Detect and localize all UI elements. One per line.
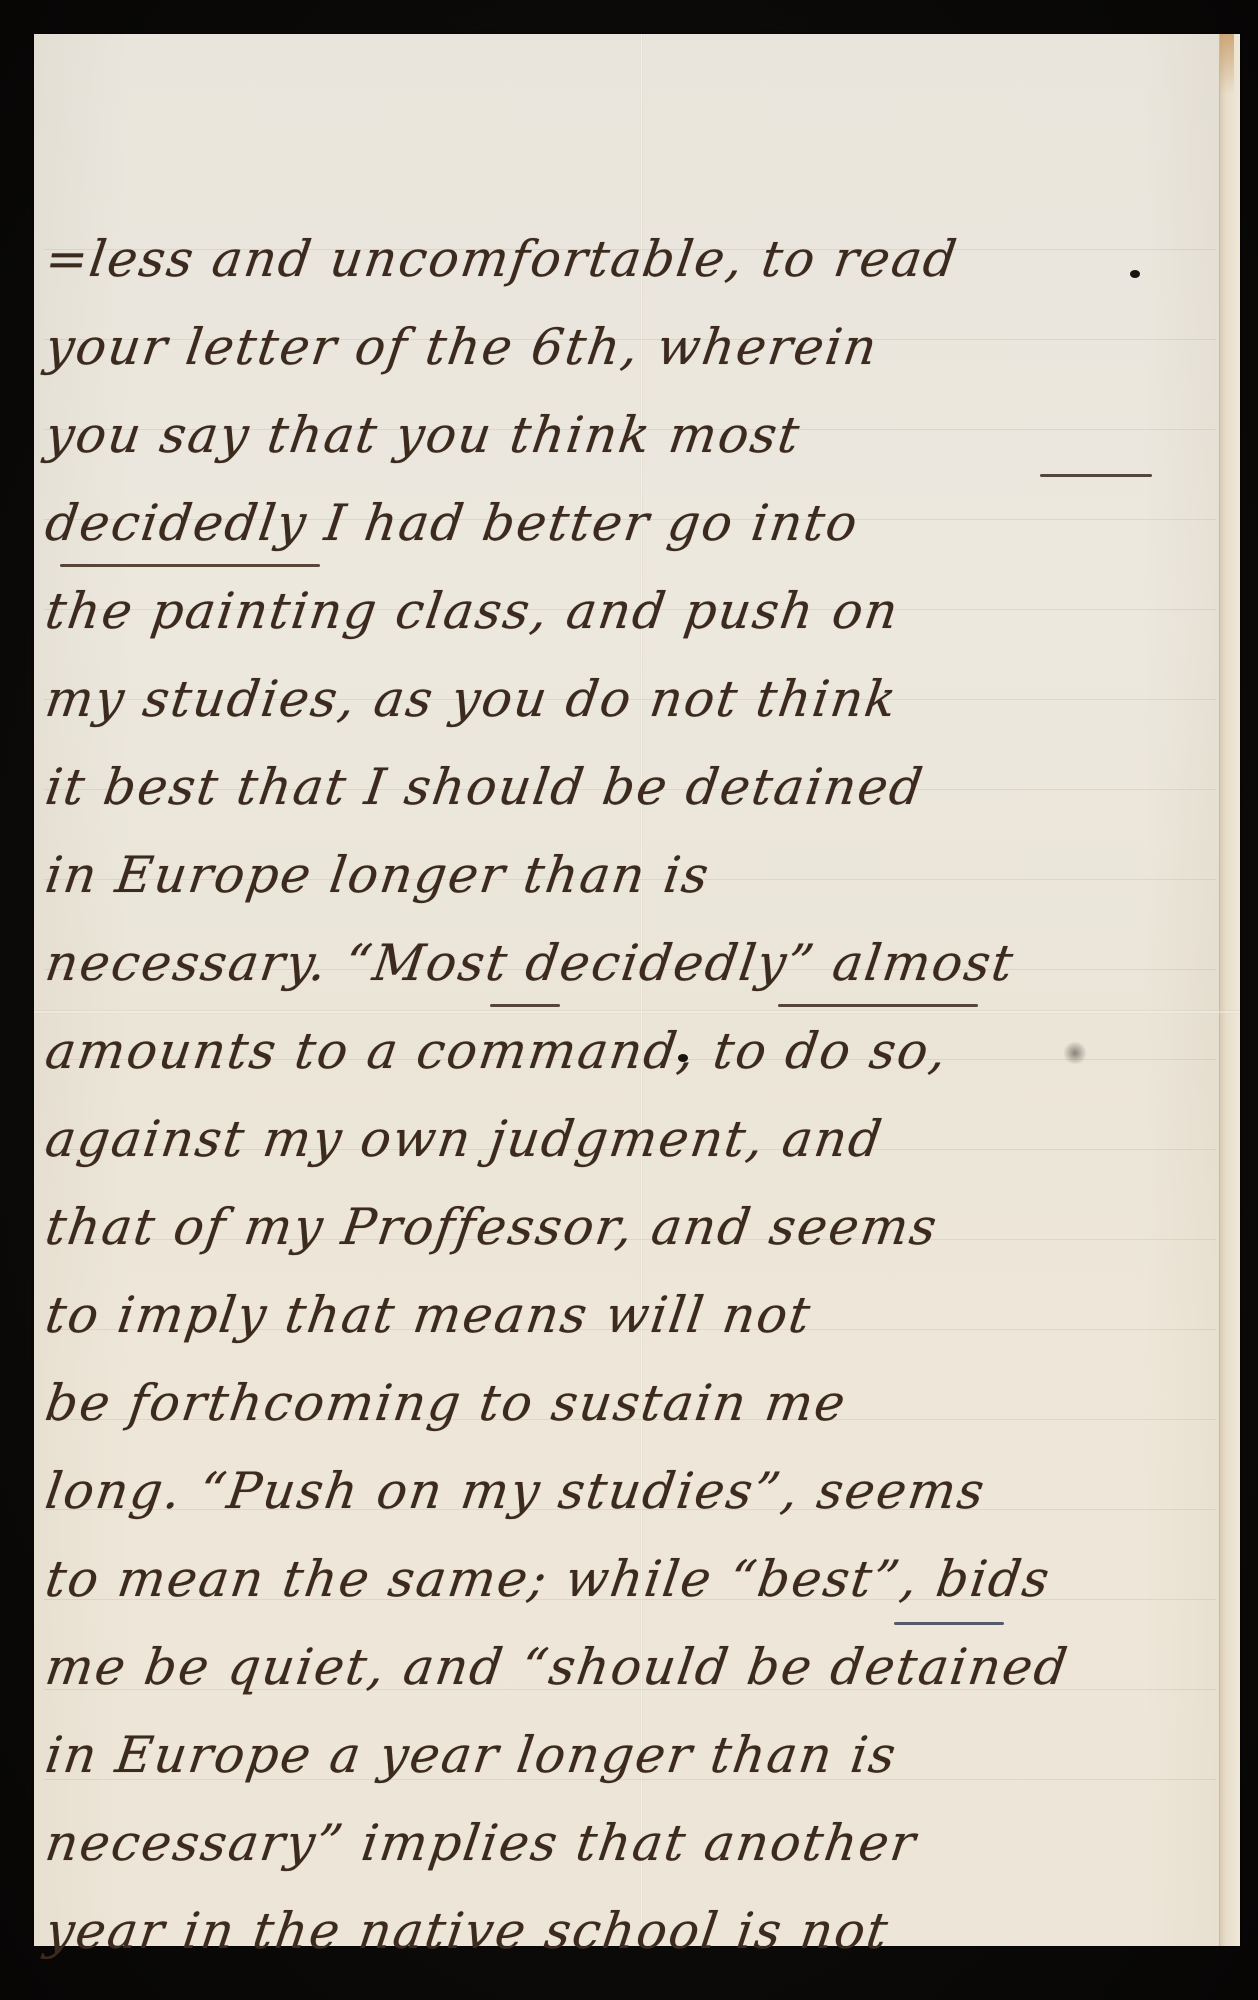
letter-line-8: in Europe longer than is (41, 840, 1221, 910)
letter-body: =less and uncomfortable, to read your le… (34, 34, 1240, 1946)
underline-best (894, 1622, 1004, 1625)
letter-line-7: it best that I should be detained (41, 752, 1221, 822)
letter-line-12: that of my Proffessor, and seems (41, 1192, 1221, 1262)
letter-line-16: to mean the same; while “best”, bids (41, 1544, 1221, 1614)
letter-line-18: in Europe a year longer than is (41, 1720, 1221, 1790)
ink-blot (678, 1054, 688, 1062)
letter-line-6: my studies, as you do not think (41, 664, 1221, 734)
letter-line-11: against my own judgment, and (41, 1104, 1221, 1174)
letter-line-13: to imply that means will not (41, 1280, 1221, 1350)
letter-page: =less and uncomfortable, to read your le… (34, 34, 1240, 1946)
underline-most (1040, 474, 1152, 477)
letter-line-5: the painting class, and push on (41, 576, 1221, 646)
letter-line-2: your letter of the 6th, wherein (41, 312, 1221, 382)
letter-line-17: me be quiet, and “should be detained (41, 1632, 1221, 1702)
ink-blot (1130, 270, 1140, 278)
underline-most-quoted (490, 1004, 560, 1007)
letter-line-19: necessary” implies that another (41, 1808, 1221, 1878)
letter-line-20: year in the native school is not (41, 1896, 1221, 1966)
underline-decidedly-quoted (778, 1004, 978, 1007)
letter-line-4: decidedly I had better go into (41, 488, 1221, 558)
letter-line-10: amounts to a command, to do so, (41, 1016, 1221, 1086)
underline-decidedly (60, 564, 320, 567)
letter-line-15: long. “Push on my studies”, seems (41, 1456, 1221, 1526)
letter-line-9: necessary. “Most decidedly” almost (41, 928, 1221, 998)
letter-line-14: be forthcoming to sustain me (41, 1368, 1221, 1438)
letter-line-1: =less and uncomfortable, to read (41, 224, 1221, 294)
letter-line-3: you say that you think most (41, 400, 1221, 470)
ink-smudge (1062, 1042, 1088, 1064)
